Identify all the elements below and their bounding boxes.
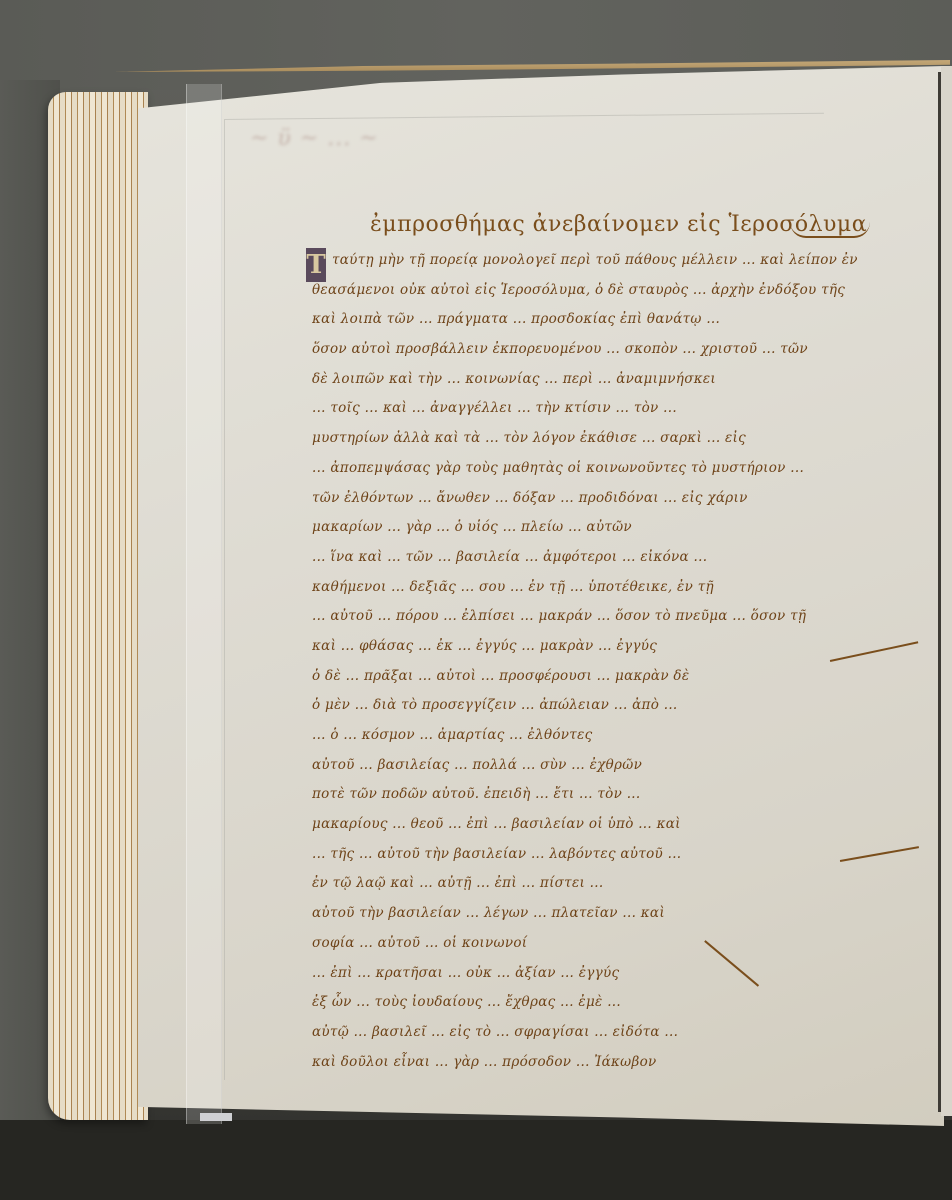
text-line: ... τῆς ... αὐτοῦ τὴν βασιλείαν ... λαβό… <box>312 840 882 870</box>
text-line: καὶ ... φθάσας ... ἐκ ... ἐγγύς ... μακρ… <box>312 632 882 662</box>
text-line: ποτὲ τῶν ποδῶν αὐτοῦ. ἐπειδὴ ... ἔτι ...… <box>312 780 882 810</box>
page-stack-fore-edge <box>48 92 148 1120</box>
text-line: μυστηρίων ἀλλὰ καὶ τὰ ... τὸν λόγον ἐκάθ… <box>312 424 882 454</box>
text-line: ἐξ ὧν ... τοὺς ἰουδαίους ... ἔχθρας ... … <box>312 988 882 1018</box>
repair-tape-strip <box>186 84 222 1124</box>
text-line: ὁ μὲν ... διὰ τὸ προσεγγίζειν ... ἀπώλει… <box>312 691 882 721</box>
text-line: αὐτοῦ τὴν βασιλείαν ... λέγων ... πλατεῖ… <box>312 899 882 929</box>
text-line: θεασάμενοι οὐκ αὐτοὶ εἰς Ἱεροσόλυμα, ὁ δ… <box>312 276 882 306</box>
text-line: ἐν τῷ λαῷ καὶ ... αὐτῇ ... ἐπὶ ... πίστε… <box>312 869 882 899</box>
text-line: μακαρίους ... θεοῦ ... ἐπὶ ... βασιλείαν… <box>312 810 882 840</box>
bleedthrough-text: ~ ϋ ~ ... ~ <box>250 126 379 151</box>
text-line: καθήμενοι ... δεξιᾶς ... σου ... ἐν τῇ .… <box>312 573 882 603</box>
text-line: ... ἐπὶ ... κρατῆσαι ... οὐκ ... ἀξίαν .… <box>312 959 882 989</box>
text-line: αὐτοῦ ... βασιλείας ... πολλά ... σὺν ..… <box>312 751 882 781</box>
text-line: καὶ λοιπὰ τῶν ... πράγματα ... προσδοκία… <box>312 305 882 335</box>
manuscript-text-block: ταύτῃ μὴν τῇ πορείᾳ μονολογεῖ περὶ τοῦ π… <box>312 246 882 1077</box>
text-line: ... αὐτοῦ ... πόρου ... ἐλπίσει ... μακρ… <box>312 602 882 632</box>
text-line: αὐτῷ ... βασιλεῖ ... εἰς τὸ ... σφραγίσα… <box>312 1018 882 1048</box>
text-line: τῶν ἐλθόντων ... ἄνωθεν ... δόξαν ... πρ… <box>312 484 882 514</box>
text-line: ... ἵνα καὶ ... τῶν ... βασιλεία ... ἀμφ… <box>312 543 882 573</box>
text-line: ὅσον αὐτοὶ προσβάλλειν ἐκπορευομένου ...… <box>312 335 882 365</box>
binding-gutter <box>938 72 941 1112</box>
text-line: καὶ δοῦλοι εἶναι ... γὰρ ... πρόσοδον ..… <box>312 1048 882 1078</box>
text-line: ... ὁ ... κόσμον ... ἀμαρτίας ... ἐλθόντ… <box>312 721 882 751</box>
text-line: ὁ δὲ ... πρᾶξαι ... αὐτοὶ ... προσφέρουσ… <box>312 662 882 692</box>
background-bottom <box>0 1120 952 1200</box>
text-line: ... τοῖς ... καὶ ... ἀναγγέλλει ... τὴν … <box>312 394 882 424</box>
ruling-line-vertical <box>224 120 225 1080</box>
text-line: ... ἀποπεμψάσας γὰρ τοὺς μαθητὰς οἱ κοιν… <box>312 454 882 484</box>
text-line: δὲ λοιπῶν καὶ τὴν ... κοινωνίας ... περὶ… <box>312 365 882 395</box>
heading-flourish <box>790 222 870 238</box>
text-line: σοφία ... αὐτοῦ ... οἱ κοινωνοί <box>312 929 882 959</box>
facing-page-edge <box>941 66 952 1116</box>
text-line: μακαρίων ... γὰρ ... ὁ υἱός ... πλείω ..… <box>312 513 882 543</box>
text-line: ταύτῃ μὴν τῇ πορείᾳ μονολογεῖ περὶ τοῦ π… <box>312 246 882 276</box>
repair-tape-end <box>200 1113 232 1121</box>
